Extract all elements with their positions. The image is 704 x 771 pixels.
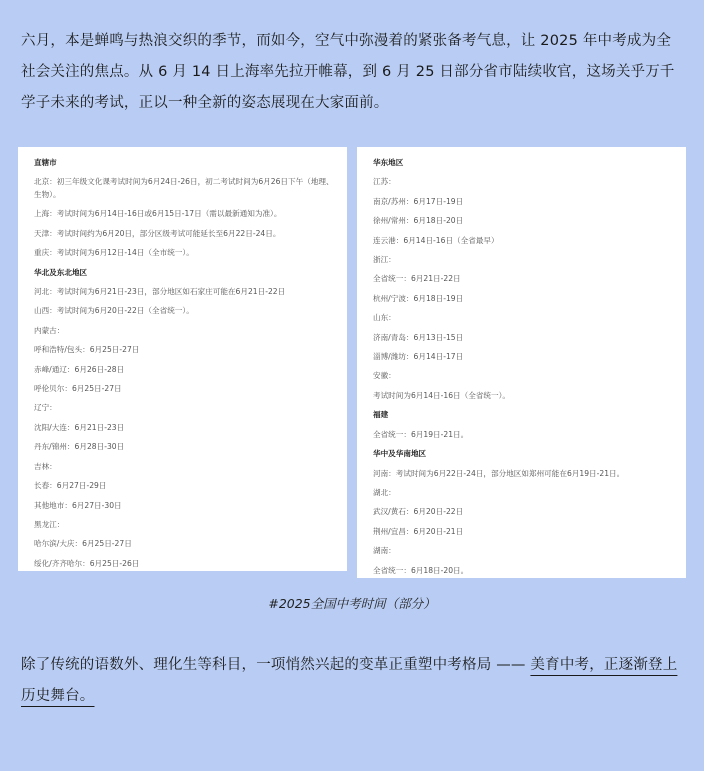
closing-text: 除了传统的语数外、理化生等科目，一项悄然兴起的变革正重塑中考格局 ——	[21, 657, 530, 673]
schedule-line: 荆州/宜昌：6月20日-21日	[373, 522, 686, 541]
schedule-line: 天津：考试时间约为6月20日，部分区级考试可能延长至6月22日-24日。	[34, 224, 347, 243]
schedule-line: 湖南：	[373, 541, 686, 560]
schedule-line: 淄博/潍坊：6月14日-17日	[373, 347, 686, 366]
schedule-heading: 华东地区	[373, 153, 686, 172]
schedule-line: 内蒙古：	[34, 321, 347, 340]
schedule-line: 安徽：	[373, 366, 686, 385]
schedule-line: 杭州/宁波：6月18日-19日	[373, 289, 686, 308]
schedule-line: 北京：初三年级文化课考试时间为6月24日-26日，初二考试时间为6月26日下午（…	[34, 172, 334, 204]
schedule-line: 长春：6月27日-29日	[34, 476, 347, 495]
schedule-line: 徐州/常州：6月18日-20日	[373, 211, 686, 230]
schedule-line: 河南：考试时间为6月22日-24日，部分地区如郑州可能在6月19日-21日。	[373, 464, 686, 483]
schedule-line: 丹东/锦州：6月28日-30日	[34, 437, 347, 456]
schedule-line: 山东：	[373, 308, 686, 327]
schedule-line: 重庆：考试时间为6月12日-14日（全市统一）。	[34, 243, 347, 262]
schedule-line: 绥化/齐齐哈尔：6月25日-26日	[34, 554, 347, 573]
schedule-line: 全省统一：6月19日-21日。	[373, 425, 686, 444]
schedule-image-right: 华东地区 江苏： 南京/苏州：6月17日-19日 徐州/常州：6月18日-20日…	[357, 147, 686, 578]
schedule-line: 山西：考试时间为6月20日-22日（全省统一）。	[34, 301, 347, 320]
schedule-line: 全省统一：6月18日-20日。	[373, 561, 686, 580]
schedule-line: 南京/苏州：6月17日-19日	[373, 192, 686, 211]
schedule-line: 济南/青岛：6月13日-15日	[373, 328, 686, 347]
schedule-line: 吉林：	[34, 457, 347, 476]
schedule-line: 沈阳/大连：6月21日-23日	[34, 418, 347, 437]
closing-paragraph: 除了传统的语数外、理化生等科目，一项悄然兴起的变革正重塑中考格局 —— 美育中考…	[21, 650, 685, 712]
schedule-image-left: 直辖市 北京：初三年级文化课考试时间为6月24日-26日，初二考试时间为6月26…	[18, 147, 347, 571]
schedule-line: 连云港：6月14日-16日（全省最早）	[373, 231, 686, 250]
schedule-line: 呼伦贝尔：6月25日-27日	[34, 379, 347, 398]
schedule-line: 辽宁：	[34, 398, 347, 417]
schedule-line: 赤峰/通辽：6月26日-28日	[34, 360, 347, 379]
schedule-line: 其他地市：6月27日-30日	[34, 496, 347, 515]
schedule-heading: 华中及华南地区	[373, 444, 686, 463]
schedule-heading: 直辖市	[34, 153, 347, 172]
schedule-line: 黑龙江：	[34, 515, 347, 534]
image-caption: #2025全国中考时间（部分）	[0, 594, 704, 612]
schedule-line: 浙江：	[373, 250, 686, 269]
schedule-line: 考试时间为6月14日-16日（全省统一）。	[373, 386, 686, 405]
intro-paragraph: 六月，本是蝉鸣与热浪交织的季节，而如今，空气中弥漫着的紧张备考气息，让 2025…	[21, 26, 685, 119]
schedule-line: 河北：考试时间为6月21日-23日，部分地区如石家庄可能在6月21日-22日	[34, 282, 347, 301]
schedule-line: 哈尔滨/大庆：6月25日-27日	[34, 534, 347, 553]
schedule-line: 全省统一：6月21日-22日	[373, 269, 686, 288]
schedule-line: 呼和浩特/包头：6月25日-27日	[34, 340, 347, 359]
schedule-line: 上海：考试时间为6月14日-16日或6月15日-17日（需以最新通知为准）。	[34, 204, 347, 223]
schedule-line: 江苏：	[373, 172, 686, 191]
schedule-line: 湖北：	[373, 483, 686, 502]
schedule-line: 武汉/黄石：6月20日-22日	[373, 502, 686, 521]
schedule-heading: 华北及东北地区	[34, 263, 347, 282]
schedule-heading: 福建	[373, 405, 686, 424]
